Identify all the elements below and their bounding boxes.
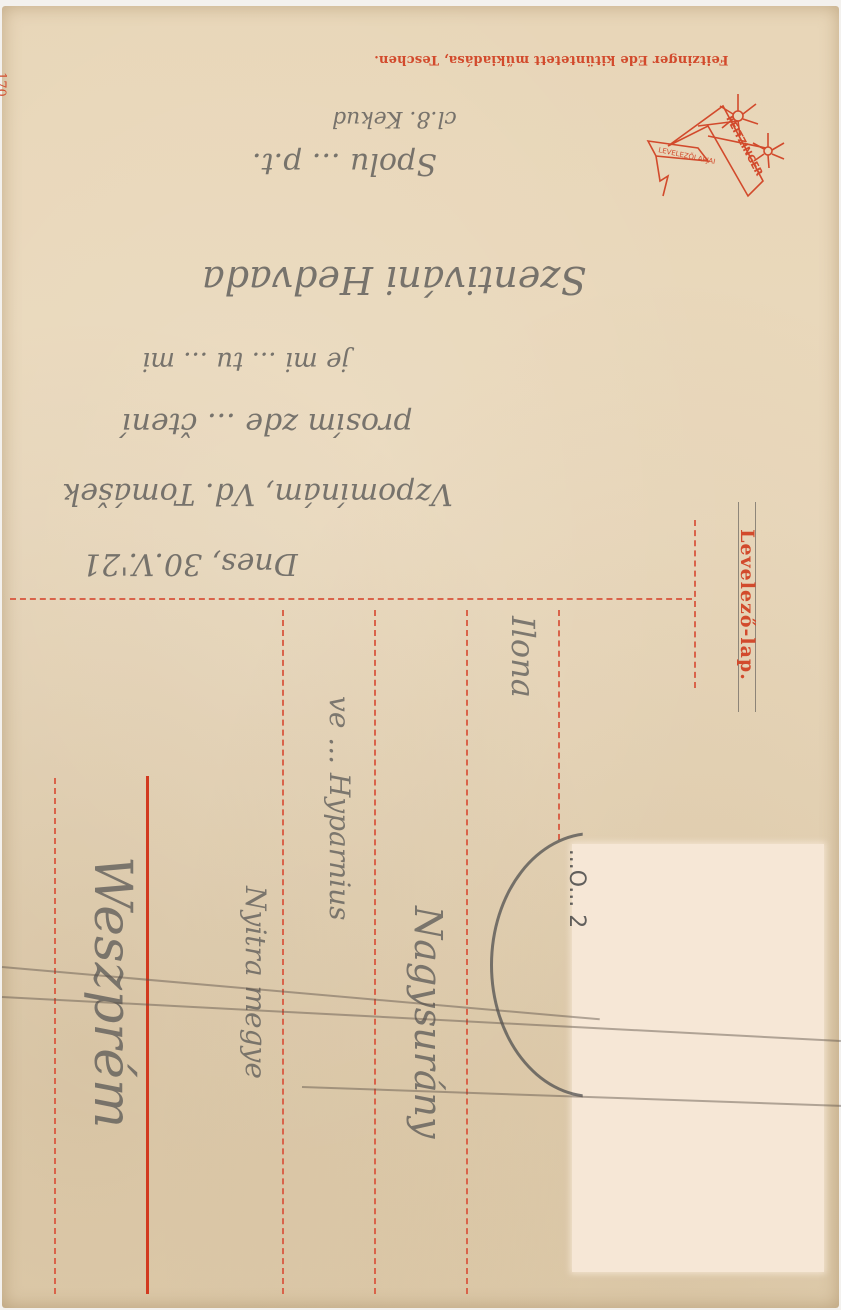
sender-note: cl.8. Kekud: [332, 106, 457, 131]
stamp-area: [572, 844, 824, 1272]
postcard-back: Feitzinger Ede kitüntetett műkiadása, Te…: [2, 6, 839, 1308]
serial-number: 170: [0, 72, 8, 97]
message-address-divider: [10, 598, 692, 600]
svg-text:LEVELEZŐLAPJAI: LEVELEZŐLAPJAI: [658, 145, 717, 166]
message-line-1: Szentiváni Hedvada: [202, 258, 586, 302]
message-line-5: je mi ... tu ... mi: [142, 346, 350, 376]
postmark-text: ...O... 2: [564, 849, 589, 928]
signature: Weszprém: [82, 856, 142, 1128]
address-line-text-3: Nagysurány: [406, 906, 450, 1138]
address-line-text-2: ve ... Hyparnius: [323, 696, 356, 921]
address-line-5: [54, 778, 56, 1294]
address-solid-line: [146, 776, 149, 1294]
address-line-3: [374, 610, 376, 1294]
feitzinger-logo-icon: FEITZINGER LEVELEZŐLAPJAI: [638, 86, 798, 216]
address-line-text-4: Nyitra megye: [239, 886, 272, 1079]
address-line-4: [282, 610, 284, 1294]
message-line-3: Vzpomínám, Vd. Tomášek: [62, 476, 453, 511]
address-line-1: [558, 610, 560, 840]
divider-right-edge: [694, 520, 696, 688]
address-line-text-1: Ilona: [504, 616, 542, 698]
card-type-label: Levelező-lap.: [734, 502, 758, 712]
message-line-4: prosím zde ... čtení: [122, 406, 413, 441]
message-line-6: Dnes, 30.V.'21: [82, 546, 298, 581]
message-line-2: Spolu ... p.t.: [252, 146, 437, 181]
address-line-2: [466, 610, 468, 1294]
publisher-line: Feitzinger Ede kitüntetett műkiadása, Te…: [374, 52, 728, 67]
